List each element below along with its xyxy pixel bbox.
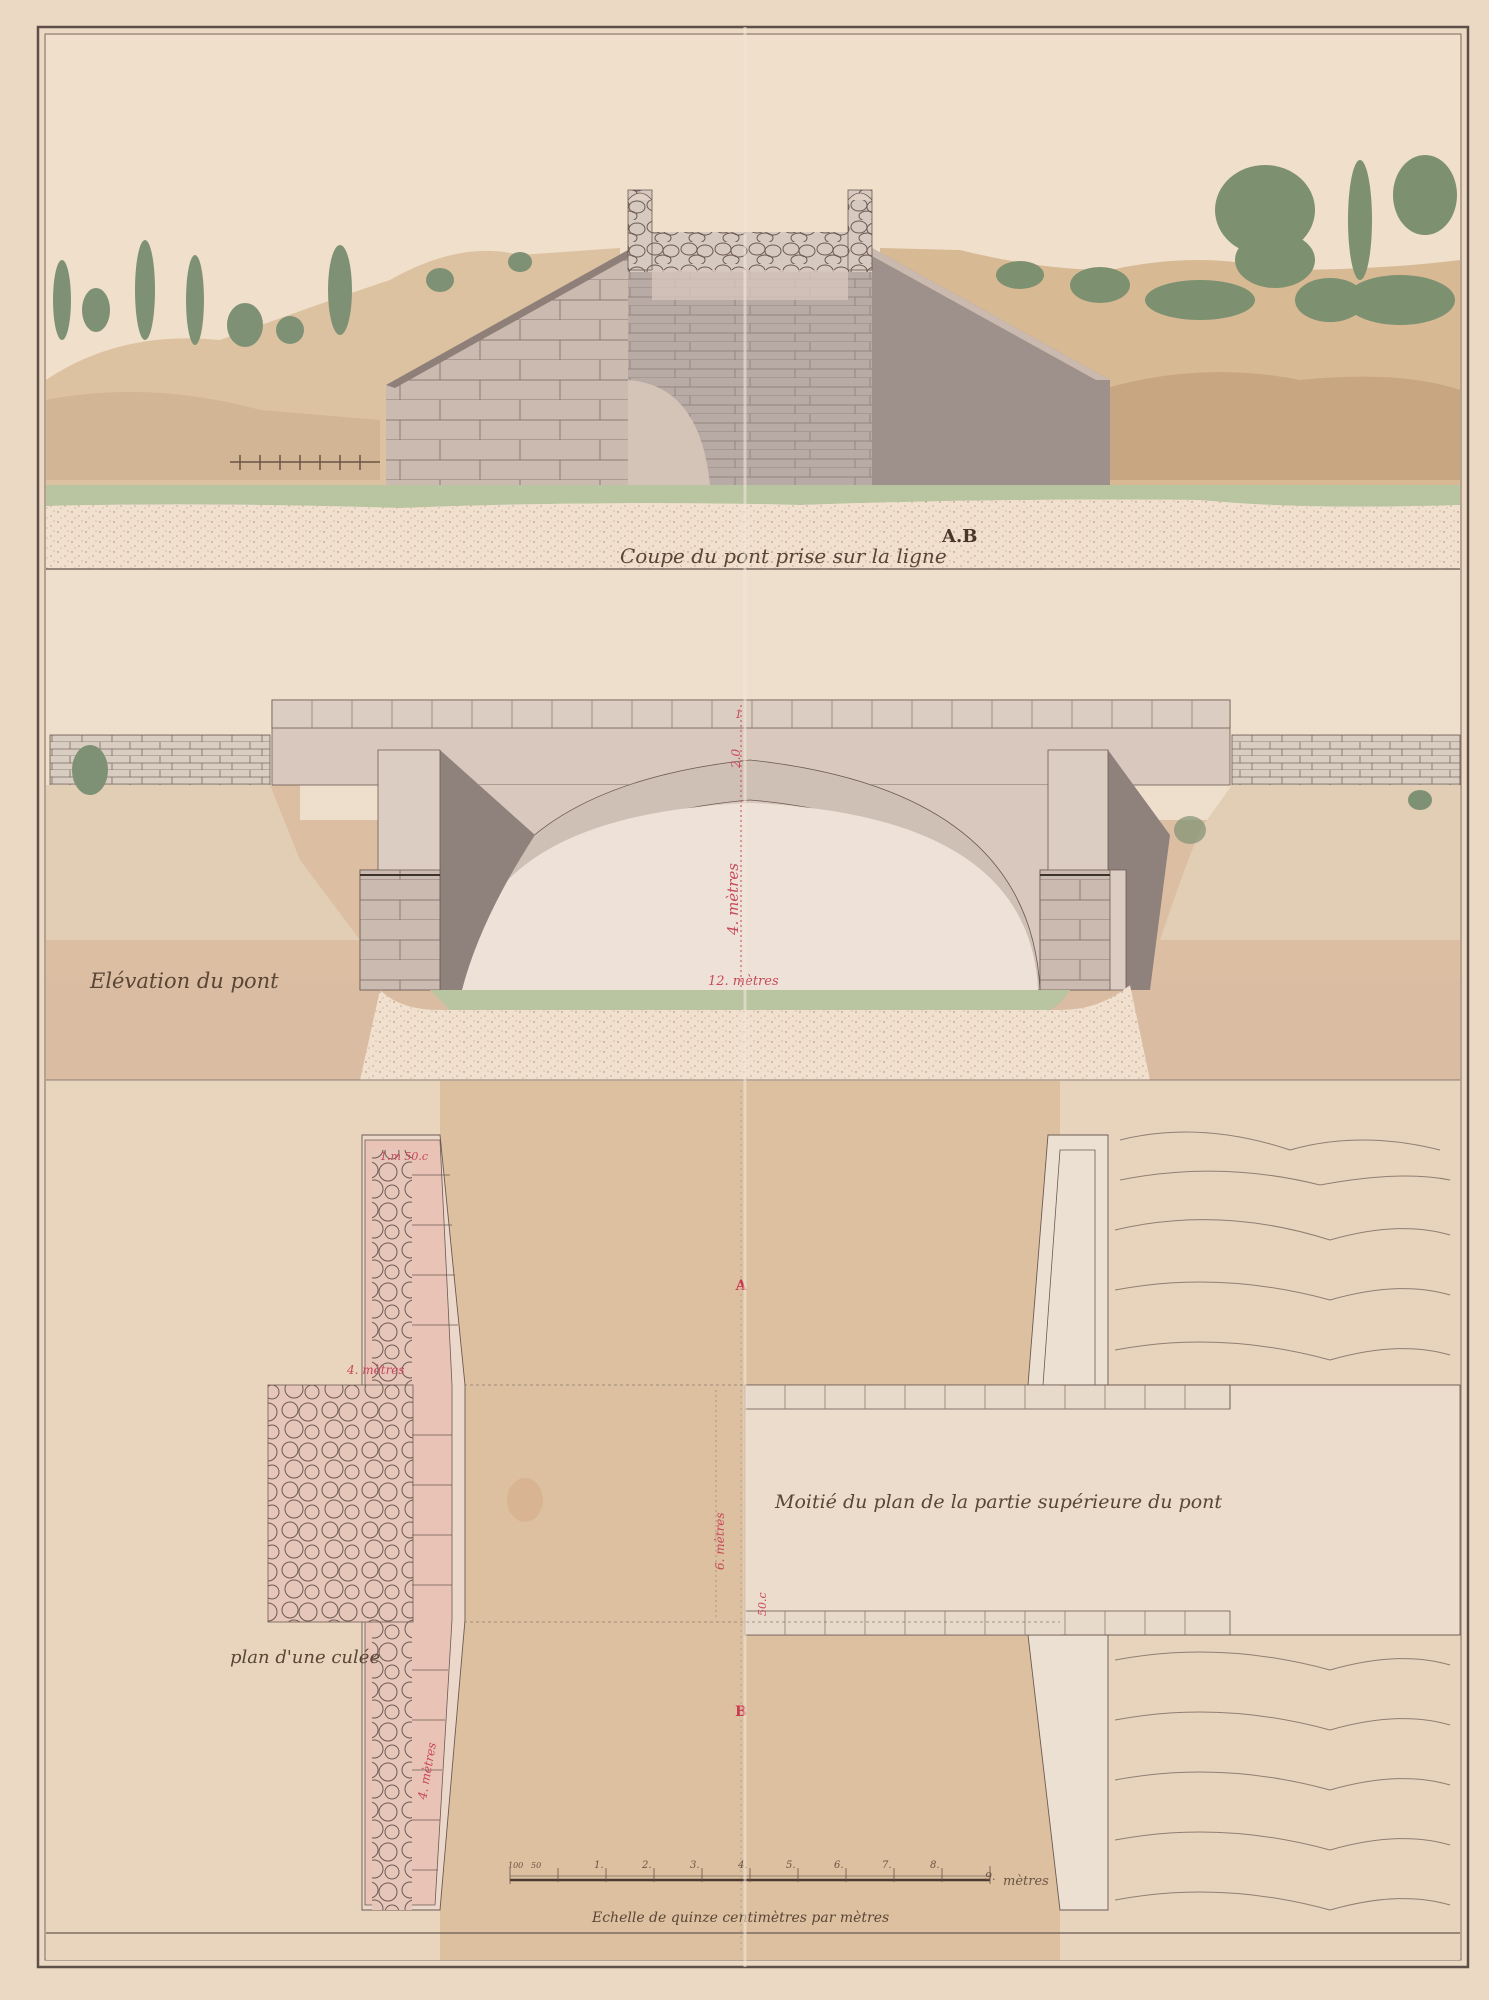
stream-bed <box>430 990 1070 1010</box>
right-dry-wall <box>1232 735 1460 785</box>
elevation-dim-rise: 4. mètres <box>724 863 742 936</box>
section-view: Coupe du pont prise sur la ligne A.B <box>46 35 1460 569</box>
plan-view: 1.m 50.c 4. mètres 4. mètres 6. mètres 5… <box>46 1081 1460 1960</box>
plan-caption: Moitié du plan de la partie supérieure d… <box>774 1491 1222 1513</box>
plan-dim-wall-top: 1.m 50.c <box>380 1150 428 1163</box>
elevation-view: 1 2.0 4. mètres 12. mètres Elévation du … <box>46 570 1460 1080</box>
elevation-caption: Elévation du pont <box>89 969 279 993</box>
plan-dim-parapet: 50.c <box>756 1592 769 1616</box>
abutment-caption: plan d'une culée <box>230 1647 380 1668</box>
scale-unit: mètres <box>1003 1874 1049 1889</box>
elevation-dim-top: 1 <box>735 708 742 721</box>
scale-tick-9: 8. <box>930 1860 940 1871</box>
scale-tick-10: 9. <box>985 1870 996 1883</box>
scale-caption: Echelle de quinze centimètres par mètres <box>591 1910 889 1926</box>
scale-tick-3: 2. <box>641 1860 652 1871</box>
elevation-dim-arch: 2.0 <box>729 749 743 769</box>
bridge-drawing-sheet: Coupe du pont prise sur la ligne A.B <box>0 0 1489 2000</box>
scale-tick-6: 5. <box>786 1860 796 1871</box>
abutment-rubble-footing <box>268 1385 413 1622</box>
section-line-label: A.B <box>941 526 977 547</box>
plan-dim-road-width: 6. mètres <box>713 1512 727 1570</box>
scale-tick-2: 1. <box>594 1860 604 1871</box>
plan-dim-wall-width: 4. mètres <box>346 1363 405 1377</box>
scale-tick-4: 3. <box>690 1860 700 1871</box>
scale-tick-1: 50 <box>531 1861 541 1870</box>
scale-tick-8: 7. <box>882 1860 892 1871</box>
parapet-rubble <box>628 232 872 272</box>
scale-tick-0: 100 <box>508 1861 523 1870</box>
section-caption: Coupe du pont prise sur la ligne <box>620 544 947 568</box>
elevation-dim-span: 12. mètres <box>708 974 779 989</box>
scale-tick-7: 6. <box>834 1860 844 1871</box>
